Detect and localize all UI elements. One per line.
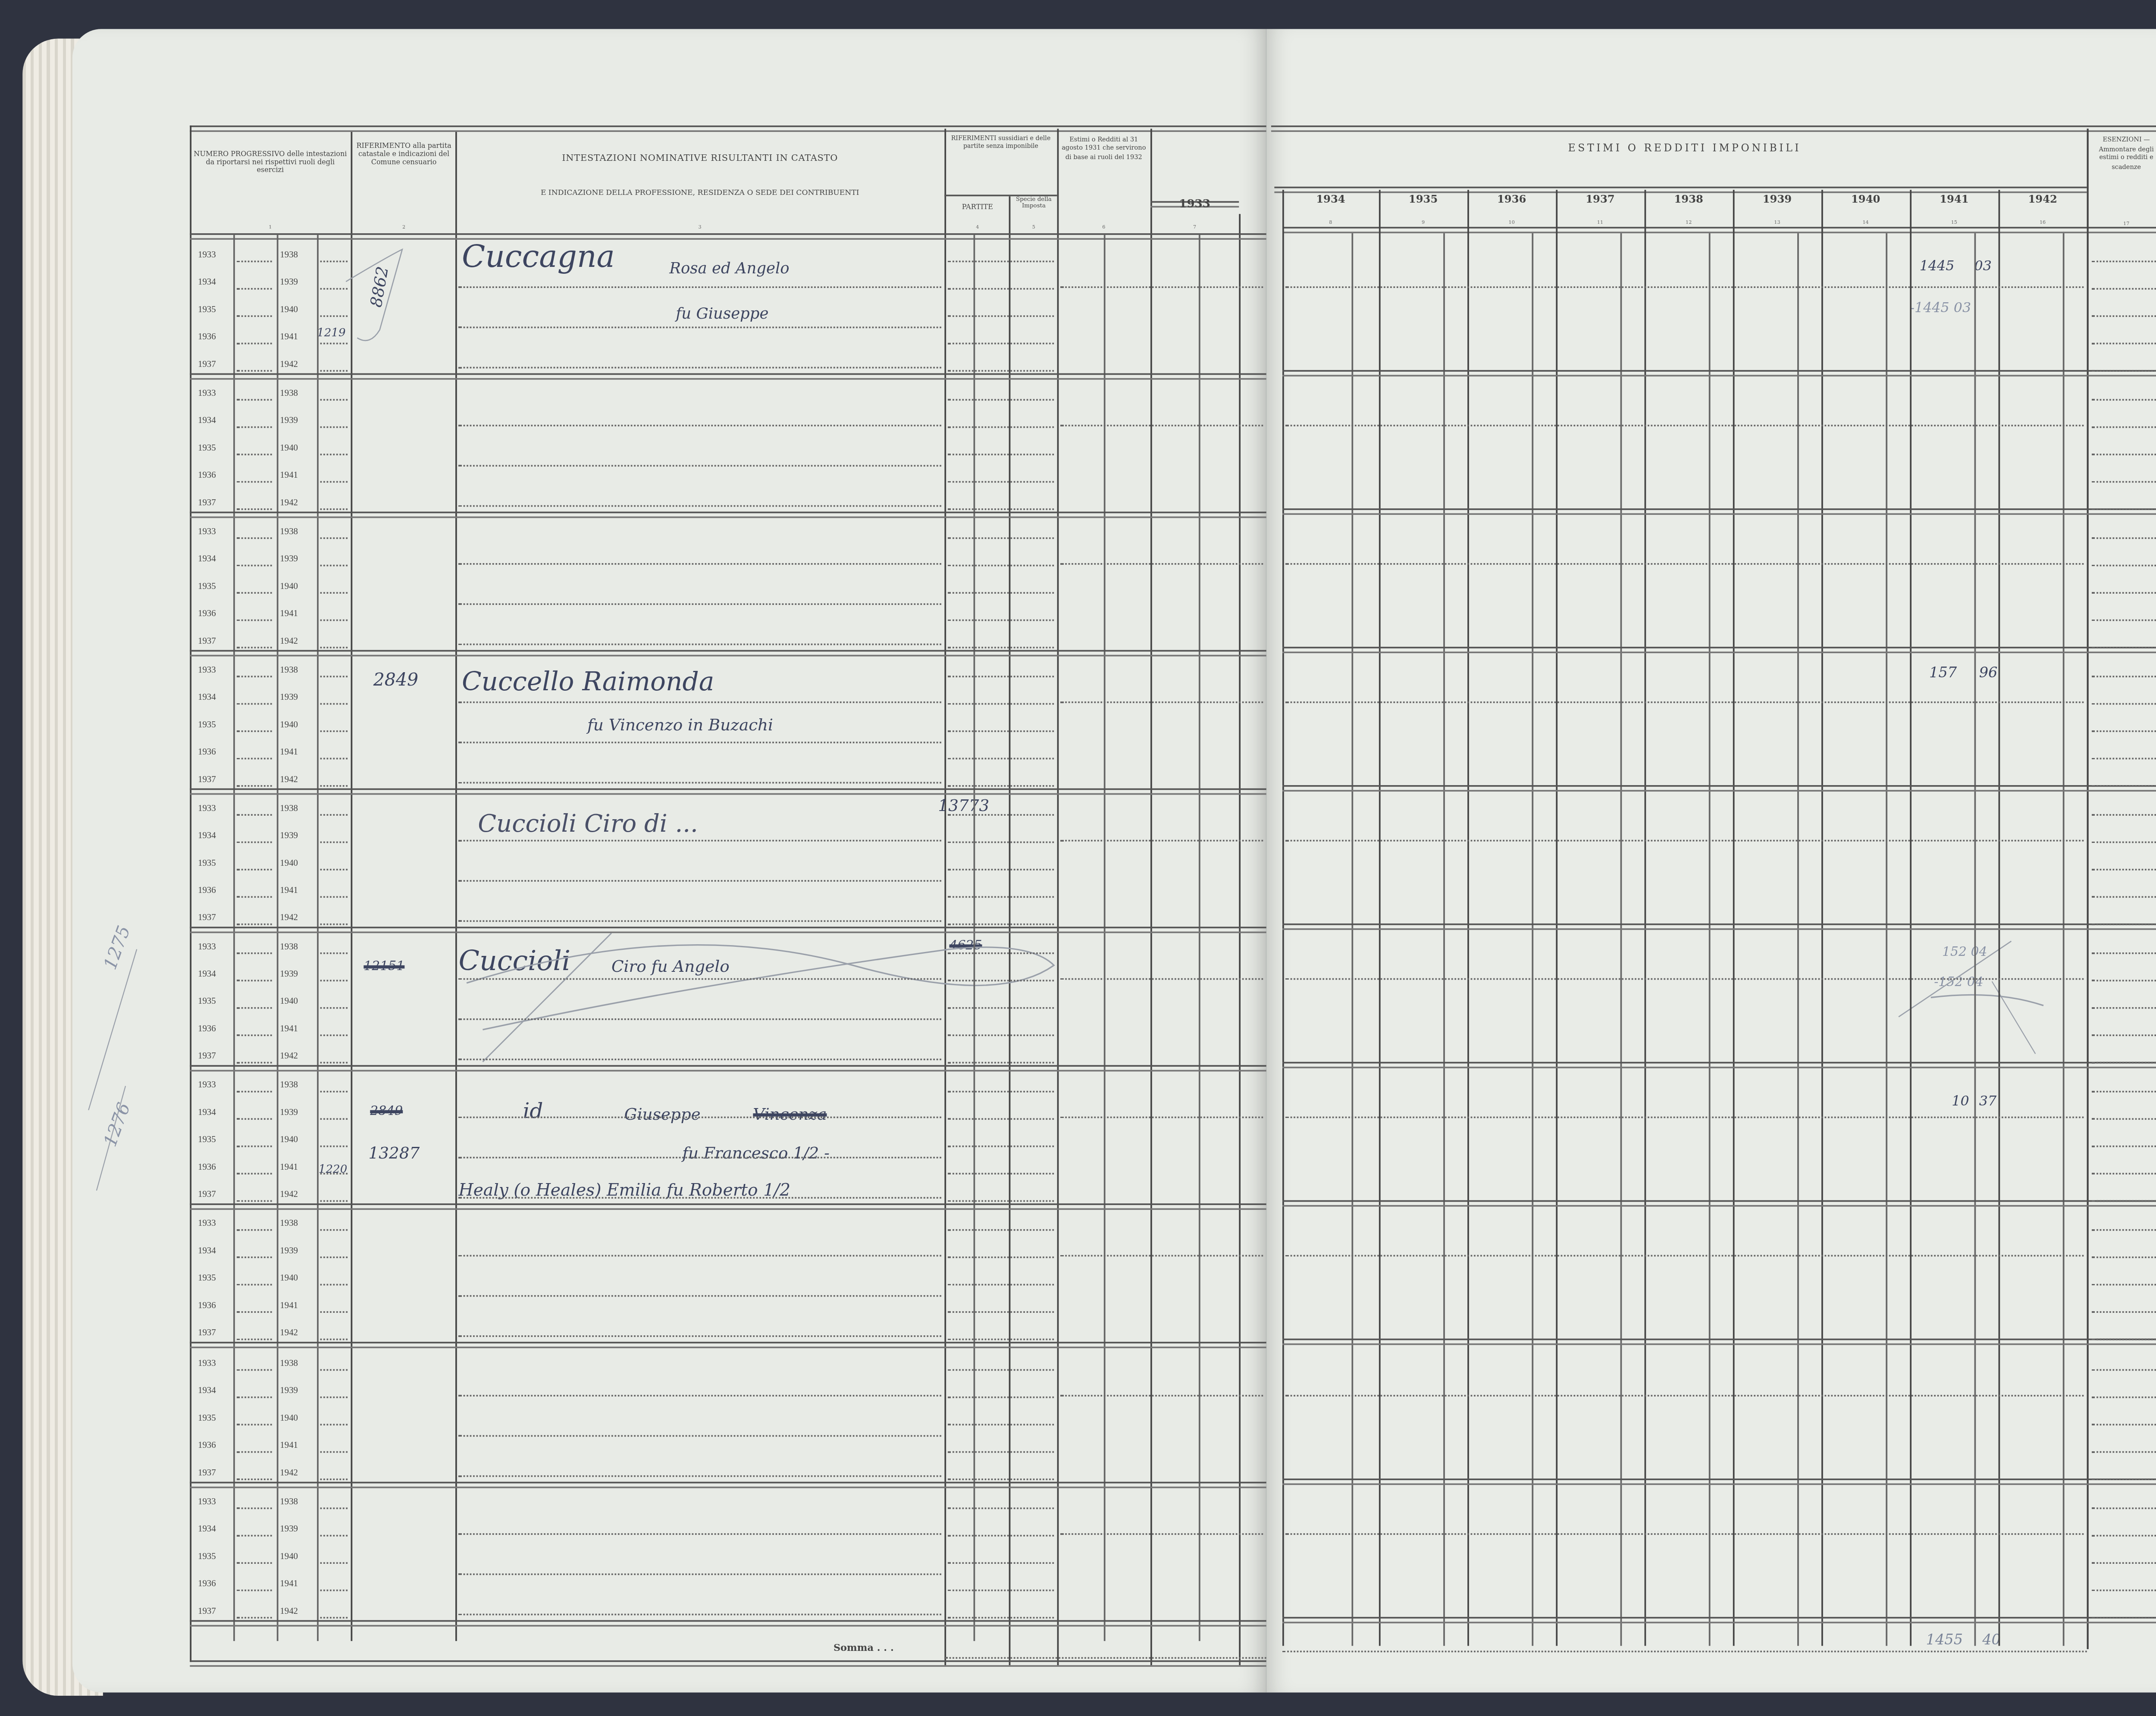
row-year-a: 1935: [198, 444, 216, 454]
col-num-13: 13: [1735, 219, 1820, 225]
row-divider: [1282, 1339, 2156, 1345]
col-num-8: 8: [1284, 219, 1377, 225]
row-year-b: 1941: [280, 1580, 298, 1589]
row-divider: [190, 512, 1266, 518]
entry7-name: id: [523, 1100, 543, 1124]
entry7-detail2: fu Francesco 1/2 -: [682, 1146, 830, 1163]
row-divider: [190, 1203, 1266, 1210]
row-year-a: 1933: [198, 389, 216, 399]
row-year-a: 1935: [198, 582, 216, 592]
row-divider: [1282, 1617, 2156, 1623]
row-divider: [1282, 785, 2156, 792]
row-year-a: 1935: [198, 998, 216, 1007]
row-year-a: 1935: [198, 1136, 216, 1145]
row-divider: [1282, 647, 2156, 653]
row-year-b: 1941: [280, 886, 298, 896]
row-divider: [190, 927, 1266, 933]
col-num-15: 15: [1912, 219, 1997, 225]
row-divider: [190, 1482, 1266, 1488]
row-year-b: 1939: [280, 693, 298, 703]
row-year-a: 1935: [198, 1414, 216, 1424]
row-year-b: 1941: [280, 748, 298, 758]
row-divider: [1282, 1062, 2156, 1068]
row-year-a: 1936: [198, 610, 216, 619]
row-year-b: 1941: [280, 1302, 298, 1311]
row-year-b: 1942: [280, 1052, 298, 1062]
header-year-1938: 1938: [1646, 196, 1731, 204]
row-year-a: 1933: [198, 1498, 216, 1507]
row-year-a: 1935: [198, 859, 216, 869]
row-year-a: 1934: [198, 1247, 216, 1256]
row-year-b: 1938: [280, 251, 298, 260]
entry7-estimo-1941-cent: 37: [1979, 1094, 1996, 1110]
row-year-a: 1934: [198, 970, 216, 980]
row-year-b: 1941: [280, 1441, 298, 1451]
row-year-a: 1937: [198, 1190, 216, 1200]
row-year-a: 1936: [198, 1580, 216, 1589]
col-num-9: 9: [1381, 219, 1466, 225]
header-year-1941: 1941: [1912, 196, 1997, 204]
row-year-a: 1937: [198, 914, 216, 923]
row-year-b: 1938: [280, 943, 298, 952]
row-divider: [190, 788, 1266, 795]
row-year-a: 1934: [198, 832, 216, 841]
row-year-b: 1940: [280, 1274, 298, 1284]
row-year-a: 1933: [198, 666, 216, 676]
row-divider: [190, 1065, 1266, 1071]
row-year-b: 1938: [280, 528, 298, 537]
header-year-1940: 1940: [1823, 196, 1908, 204]
row-year-b: 1940: [280, 1414, 298, 1424]
row-year-b: 1942: [280, 914, 298, 923]
row-divider: [190, 1620, 1266, 1627]
col-num-11: 11: [1557, 219, 1643, 225]
somma-1941-lire: 1455: [1926, 1633, 1963, 1649]
row-year-b: 1939: [280, 555, 298, 564]
row-year-a: 1936: [198, 333, 216, 342]
entry7-riferimento: 13287: [369, 1146, 420, 1163]
row-year-b: 1942: [280, 1329, 298, 1338]
row-year-b: 1942: [280, 499, 298, 508]
header-year-1935: 1935: [1381, 196, 1466, 204]
entry7-riferimento-struck: 2849: [370, 1104, 403, 1118]
row-year-b: 1938: [280, 1081, 298, 1091]
row-divider: [190, 1342, 1266, 1348]
row-year-b: 1940: [280, 998, 298, 1007]
row-divider: [190, 373, 1266, 380]
row-year-a: 1933: [198, 1219, 216, 1229]
row-year-a: 1934: [198, 555, 216, 564]
row-year-b: 1940: [280, 1553, 298, 1562]
row-year-a: 1937: [198, 1469, 216, 1478]
row-year-a: 1933: [198, 528, 216, 537]
entry7-detail1-struck: Vincenza: [753, 1107, 827, 1124]
row-year-a: 1934: [198, 1109, 216, 1118]
row-year-b: 1938: [280, 805, 298, 814]
row-year-b: 1938: [280, 389, 298, 399]
entry7-estimo-1941-lire: 10: [1952, 1094, 1969, 1110]
row-year-b: 1942: [280, 1190, 298, 1200]
header-year-1939: 1939: [1735, 196, 1820, 204]
row-year-b: 1939: [280, 1247, 298, 1256]
row-year-b: 1941: [280, 1025, 298, 1034]
row-year-a: 1937: [198, 499, 216, 508]
row-year-a: 1934: [198, 693, 216, 703]
header-year-1934: 1934: [1284, 196, 1377, 204]
row-year-b: 1940: [280, 721, 298, 730]
row-year-b: 1942: [280, 637, 298, 647]
row-year-b: 1938: [280, 1498, 298, 1507]
row-year-a: 1937: [198, 1329, 216, 1338]
row-year-a: 1936: [198, 1025, 216, 1034]
row-year-a: 1934: [198, 1525, 216, 1534]
row-divider: [1282, 1478, 2156, 1485]
row-year-a: 1937: [198, 1607, 216, 1617]
row-year-b: 1938: [280, 1219, 298, 1229]
row-year-a: 1933: [198, 805, 216, 814]
row-year-b: 1939: [280, 416, 298, 426]
cross-out-strokes: [0, 0, 2156, 1716]
row-year-b: 1940: [280, 306, 298, 315]
row-year-b: 1939: [280, 970, 298, 980]
row-divider: [1282, 1200, 2156, 1207]
row-divider: [1282, 924, 2156, 930]
row-year-a: 1937: [198, 360, 216, 370]
row-year-b: 1939: [280, 1525, 298, 1534]
row-year-a: 1937: [198, 637, 216, 647]
row-year-a: 1936: [198, 748, 216, 758]
row-year-b: 1941: [280, 610, 298, 619]
row-year-a: 1937: [198, 1052, 216, 1062]
row-year-a: 1935: [198, 1274, 216, 1284]
row-year-a: 1935: [198, 1553, 216, 1562]
row-year-b: 1938: [280, 666, 298, 676]
row-year-b: 1942: [280, 1607, 298, 1617]
ledger-scan: Mod. 111 - Imposte Dirette (Intercalare)…: [0, 0, 2156, 1716]
row-year-a: 1937: [198, 776, 216, 785]
row-year-b: 1941: [280, 471, 298, 481]
row-year-a: 1936: [198, 1163, 216, 1173]
col-num-10: 10: [1469, 219, 1554, 225]
row-year-a: 1936: [198, 886, 216, 896]
col-num-16: 16: [2000, 219, 2085, 225]
row-year-b: 1939: [280, 1387, 298, 1397]
row-year-b: 1939: [280, 1109, 298, 1118]
row-year-a: 1933: [198, 943, 216, 952]
row-year-a: 1936: [198, 471, 216, 481]
row-year-b: 1940: [280, 444, 298, 454]
row-year-a: 1934: [198, 279, 216, 288]
row-divider: [1282, 508, 2156, 515]
row-year-b: 1939: [280, 832, 298, 841]
row-year-b: 1940: [280, 582, 298, 592]
row-divider: [190, 650, 1266, 657]
row-year-a: 1933: [198, 251, 216, 260]
row-year-b: 1940: [280, 859, 298, 869]
row-year-b: 1939: [280, 279, 298, 288]
row-year-a: 1935: [198, 306, 216, 315]
row-year-a: 1933: [198, 1081, 216, 1091]
somma-label: Somma . . .: [834, 1643, 894, 1654]
row-year-b: 1941: [280, 1163, 298, 1173]
header-year-1936: 1936: [1469, 196, 1554, 204]
row-year-b: 1942: [280, 1469, 298, 1478]
row-year-a: 1936: [198, 1302, 216, 1311]
row-year-b: 1941: [280, 333, 298, 342]
row-year-a: 1934: [198, 416, 216, 426]
row-year-b: 1942: [280, 360, 298, 370]
row-year-a: 1936: [198, 1441, 216, 1451]
row-divider: [1282, 370, 2156, 376]
row-year-a: 1935: [198, 721, 216, 730]
col-num-12: 12: [1646, 219, 1731, 225]
row-year-b: 1940: [280, 1136, 298, 1145]
header-year-1937: 1937: [1557, 196, 1643, 204]
row-year-a: 1933: [198, 1359, 216, 1369]
row-year-b: 1938: [280, 1359, 298, 1369]
header-year-1942: 1942: [2000, 196, 2085, 204]
entry7-detail1: Giuseppe: [624, 1107, 701, 1124]
row-year-b: 1942: [280, 776, 298, 785]
row-year-a: 1934: [198, 1387, 216, 1397]
col-num-14: 14: [1823, 219, 1908, 225]
